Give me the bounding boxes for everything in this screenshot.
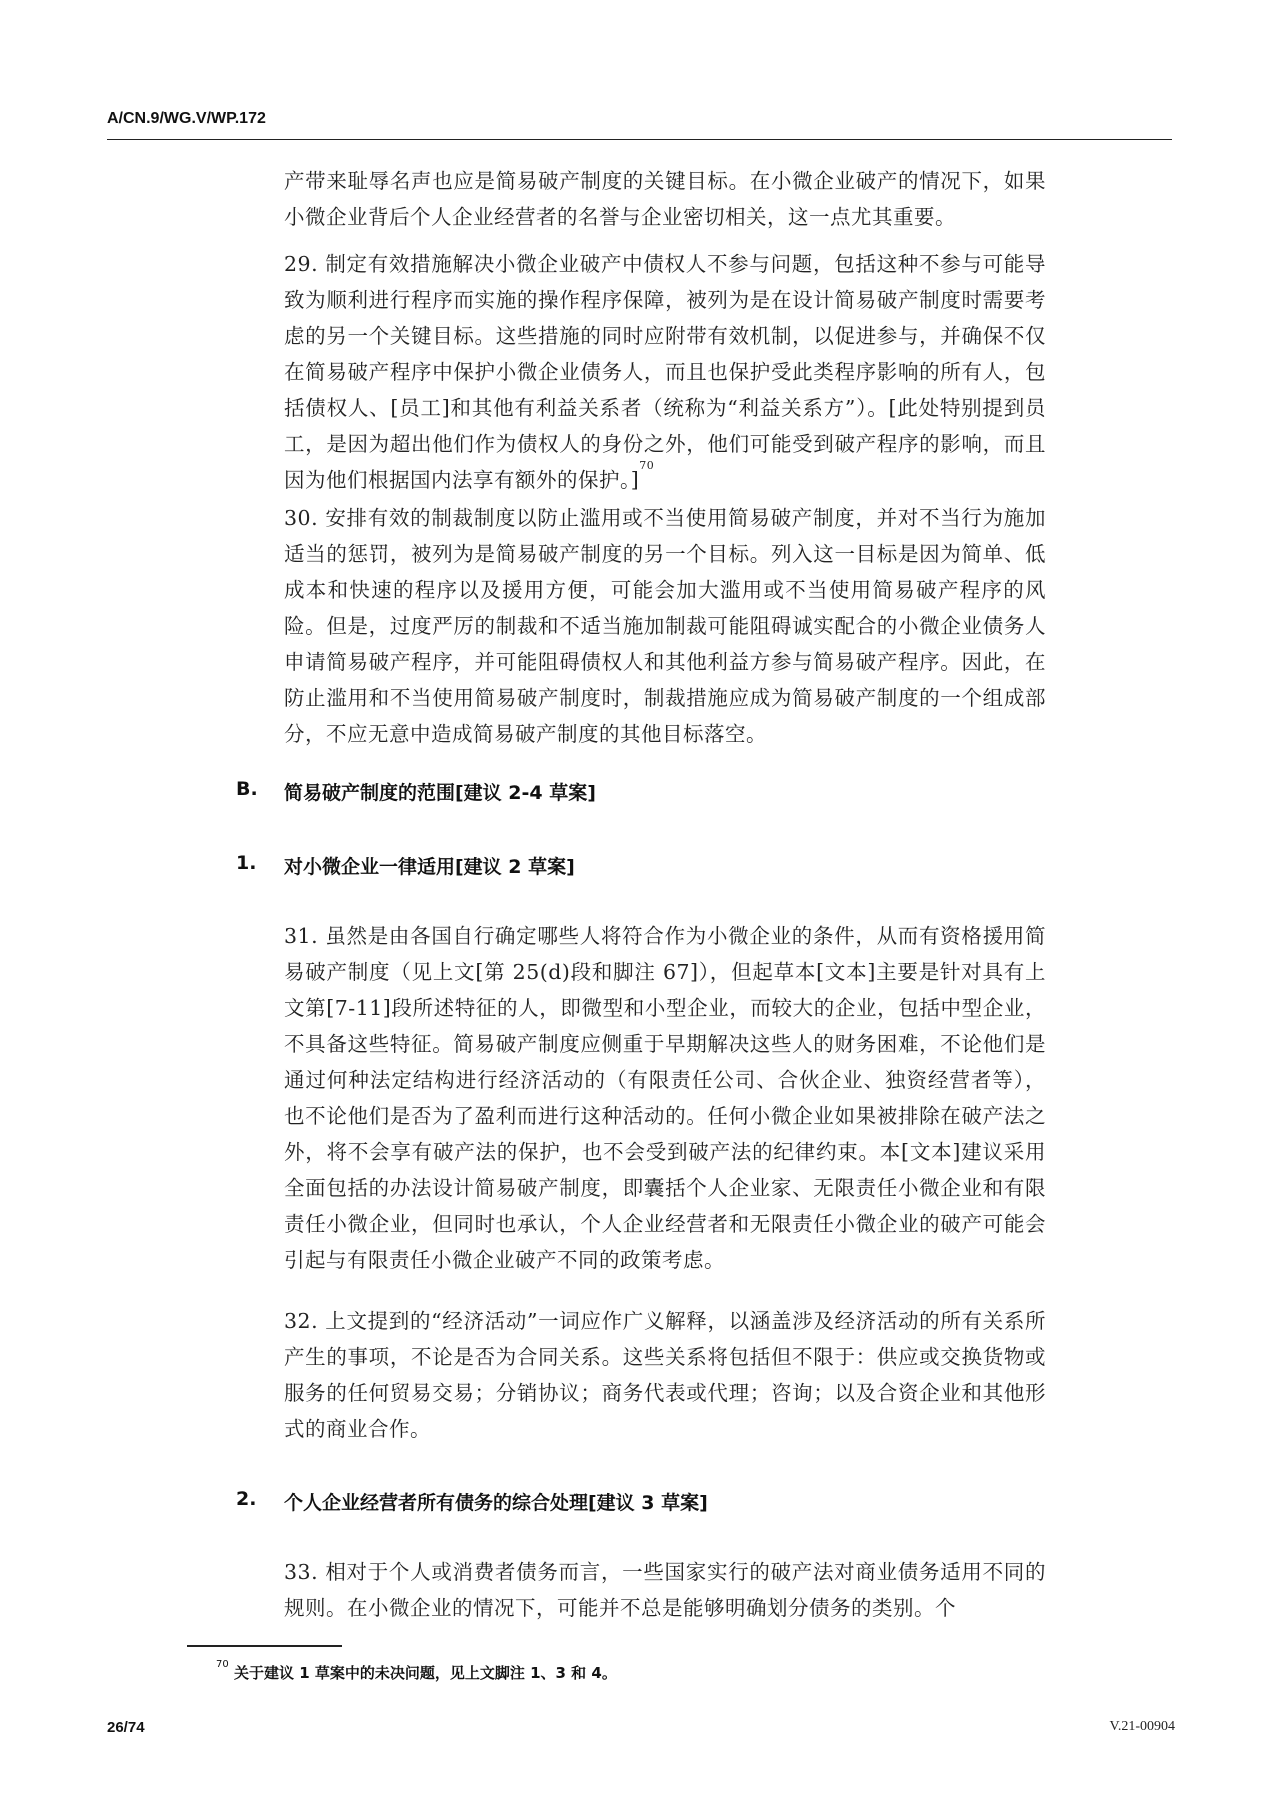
subsection-number: 1. — [236, 852, 256, 874]
paragraph-32: 32. 上文提到的“经济活动”一词应作广义解释，以涵盖涉及经济活动的所有关系所产… — [284, 1303, 1046, 1447]
paragraph-29-text: 29. 制定有效措施解决小微企业破产中债权人不参与问题，包括这种不参与可能导致为… — [284, 252, 1046, 492]
section-number: B. — [236, 778, 258, 800]
paragraph-28-continued: 产带来耻辱名声也应是简易破产制度的关键目标。在小微企业破产的情况下，如果小微企业… — [284, 163, 1046, 235]
paragraph-29: 29. 制定有效措施解决小微企业破产中债权人不参与问题，包括这种不参与可能导致为… — [284, 246, 1046, 498]
footnote-marker: 70 — [216, 1659, 229, 1670]
document-number: V.21-00904 — [1110, 1719, 1175, 1735]
subsection-title: 个人企业经营者所有债务的综合处理[建议 3 草案] — [284, 1488, 708, 1515]
page-number: 26/74 — [107, 1719, 145, 1736]
paragraph-30: 30. 安排有效的制裁制度以防止滥用或不当使用简易破产制度，并对不当行为施加适当… — [284, 500, 1046, 752]
footnote-text: 关于建议 1 草案中的未决问题，见上文脚注 1、3 和 4。 — [234, 1664, 617, 1682]
paragraph-31: 31. 虽然是由各国自行确定哪些人将符合作为小微企业的条件，从而有资格援用简易破… — [284, 918, 1046, 1278]
header-rule — [107, 139, 1172, 140]
footnote-70: 70 关于建议 1 草案中的未决问题，见上文脚注 1、3 和 4。 — [216, 1662, 617, 1683]
section-title: 简易破产制度的范围[建议 2-4 草案] — [284, 778, 596, 805]
subsection-number: 2. — [236, 1488, 256, 1510]
paragraph-33: 33. 相对于个人或消费者债务而言，一些国家实行的破产法对商业债务适用不同的规则… — [284, 1554, 1046, 1626]
footnote-reference-70[interactable]: 70 — [639, 459, 654, 472]
document-symbol: A/CN.9/WG.V/WP.172 — [107, 110, 266, 128]
subsection-title: 对小微企业一律适用[建议 2 草案] — [284, 852, 575, 879]
footnote-rule — [187, 1645, 342, 1647]
